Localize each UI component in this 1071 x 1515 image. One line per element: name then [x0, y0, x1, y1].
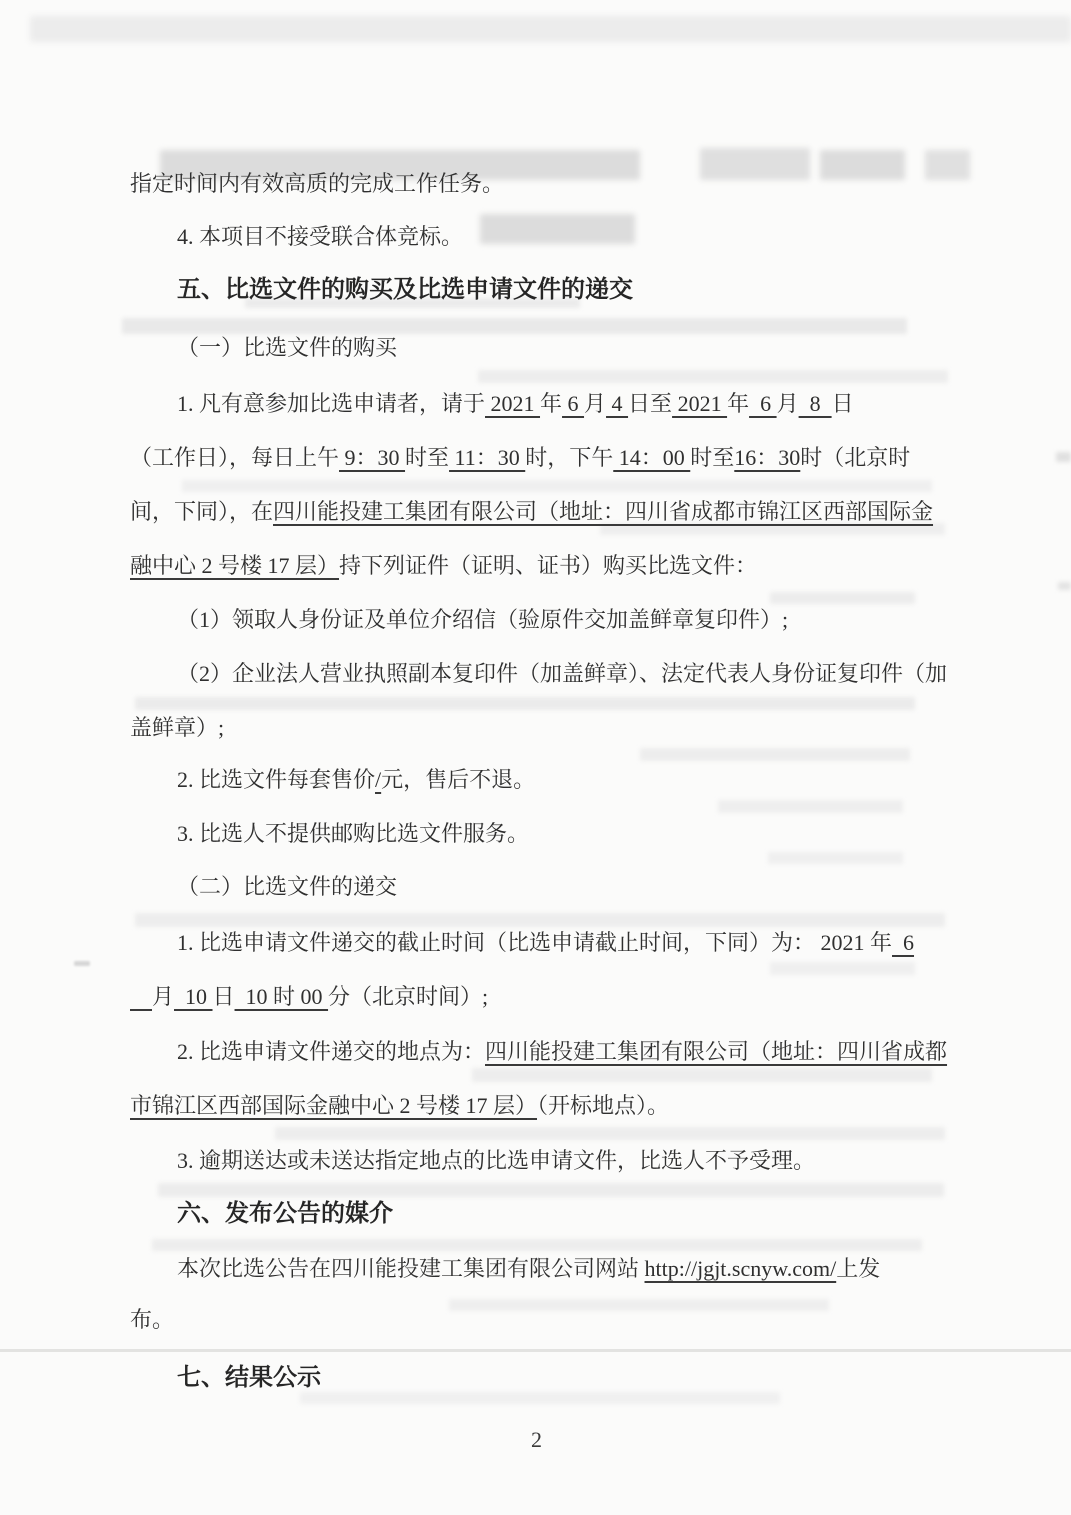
underlined-field: 16：30 [734, 445, 800, 470]
underlined-field: 8 [799, 391, 832, 416]
text-line: 盖鲜章）; [130, 713, 224, 743]
text-run: 4. 本项目不接受联合体竞标。 [177, 224, 463, 249]
bleed-through-title [925, 150, 970, 180]
text-line: 4. 本项目不接受联合体竞标。 [177, 222, 463, 252]
underlined-field: 2021 [485, 391, 540, 416]
bleed-through-row [135, 913, 945, 927]
text-line: （工作日），每日上午 9：30 时至 11：30 时，下午 14：00 时至16… [130, 443, 910, 473]
bleed-through-row [770, 962, 915, 975]
text-run: （2）企业法人营业执照副本复印件（加盖鲜章）、法定代表人身份证复印件（加 [177, 661, 947, 686]
subsection-heading-purchase: （一）比选文件的购买 [177, 333, 397, 363]
text-line: 2. 比选文件每套售价/元，售后不退。 [177, 765, 535, 795]
text-run: 3. 比选人不提供邮购比选文件服务。 [177, 821, 529, 846]
text-run: 元，售后不退。 [381, 767, 535, 792]
text-run: 时至 [405, 445, 449, 470]
bleed-through-row [449, 1299, 829, 1311]
bleed-through-title [820, 150, 905, 180]
scan-mark [1058, 582, 1071, 590]
underlined-field: 4 [606, 391, 628, 416]
bleed-through-row [478, 370, 948, 383]
underlined-company-address: 四川能投建工集团有限公司（地址：四川省成都 [485, 1039, 947, 1064]
text-line: 1. 比选申请文件递交的截止时间（比选申请截止时间，下同）为： 2021 年 6 [177, 928, 914, 958]
text-run: 日 [213, 984, 235, 1009]
text-run: 五、比选文件的购买及比选申请文件的递交 [177, 277, 633, 303]
text-line: 月 10 日 10 时 00 分（北京时间）; [130, 982, 488, 1012]
text-run: 分（北京时间）; [328, 984, 488, 1009]
bleed-through-subtitle [480, 214, 635, 244]
text-run: 日 [832, 391, 854, 416]
underlined-company-address: 融中心 2 号楼 17 层） [130, 553, 339, 578]
underlined-field: 10 [174, 984, 213, 1009]
underlined-field: 10 时 00 [235, 984, 329, 1009]
bleed-through-row [135, 697, 915, 710]
bleed-through-row [152, 1239, 922, 1251]
text-run: 本次比选公告在四川能投建工集团有限公司网站 [177, 1256, 645, 1281]
text-run: 年 [540, 391, 562, 416]
text-run: （开标地点）。 [537, 1093, 669, 1118]
text-line: （2）企业法人营业执照副本复印件（加盖鲜章）、法定代表人身份证复印件（加 [177, 659, 947, 689]
underlined-field [130, 984, 152, 1009]
underlined-field: 11：30 [449, 445, 525, 470]
text-run: 月 [584, 391, 606, 416]
text-run: （一）比选文件的购买 [177, 335, 397, 360]
bleed-through-row [122, 318, 907, 334]
text-run: （二）比选文件的递交 [177, 874, 397, 899]
underlined-field: 6 [562, 391, 584, 416]
bleed-through-row [300, 1392, 780, 1404]
bleed-through-row [768, 852, 903, 864]
underlined-field: 14：00 [613, 445, 690, 470]
underlined-field: 6 [749, 391, 777, 416]
text-run: 六、发布公告的媒介 [177, 1201, 393, 1227]
text-run: （工作日），每日上午 [130, 445, 339, 470]
document-page: 指定时间内有效高质的完成工作任务。 4. 本项目不接受联合体竞标。 五、比选文件… [0, 0, 1071, 1515]
text-run: （1）领取人身份证及单位介绍信（验原件交加盖鲜章复印件）; [177, 607, 788, 632]
text-line: 2. 比选申请文件递交的地点为：四川能投建工集团有限公司（地址：四川省成都 [177, 1037, 947, 1067]
text-line: 融中心 2 号楼 17 层）持下列证件（证明、证书）购买比选文件： [130, 551, 757, 581]
bleed-through-row [718, 800, 903, 813]
section-heading-media: 六、发布公告的媒介 [177, 1199, 393, 1229]
bleed-through-row [472, 1068, 932, 1082]
text-line: 市锦江区西部国际金融中心 2 号楼 17 层）（开标地点）。 [130, 1091, 669, 1121]
text-run: 持下列证件（证明、证书）购买比选文件： [339, 553, 757, 578]
section-heading-result: 七、结果公示 [177, 1363, 321, 1393]
text-line: 布。 [130, 1305, 174, 1335]
bleed-through-band [30, 16, 1071, 42]
text-run: 月 [152, 984, 174, 1009]
underlined-company-address: 四川能投建工集团有限公司（地址：四川省成都市锦江区西部国际金 [273, 499, 933, 524]
text-run: 日至 [628, 391, 672, 416]
website-url: http://jgjt.scnyw.com/ [645, 1256, 837, 1281]
text-line: 本次比选公告在四川能投建工集团有限公司网站 http://jgjt.scnyw.… [177, 1254, 880, 1284]
text-run: 时（北京时 [800, 445, 910, 470]
scan-line-artifact [0, 1349, 1071, 1352]
bleed-through-row [770, 592, 915, 604]
text-line: 1. 凡有意参加比选申请者，请于 2021 年 6 月 4 日至 2021 年 … [177, 389, 854, 419]
text-run: 盖鲜章）; [130, 715, 224, 740]
underlined-field: 2021 [672, 391, 727, 416]
text-line: 指定时间内有效高质的完成工作任务。 [130, 169, 504, 199]
text-run: 年 [727, 391, 749, 416]
text-run: 上发 [836, 1256, 880, 1281]
text-run: 布。 [130, 1307, 174, 1332]
text-run: 2. 比选申请文件递交的地点为： [177, 1039, 485, 1064]
text-run: 时至 [690, 445, 734, 470]
text-run: 1. 比选申请文件递交的截止时间（比选申请截止时间，下同）为： 2021 年 [177, 930, 892, 955]
underlined-field: 6 [892, 930, 914, 955]
bleed-through-row [275, 1127, 945, 1140]
text-run: 2. 比选文件每套售价 [177, 767, 375, 792]
text-run: 月 [777, 391, 799, 416]
bleed-through-row [182, 480, 932, 492]
text-run: 七、结果公示 [177, 1365, 321, 1391]
text-line: 3. 逾期送达或未送达指定地点的比选申请文件，比选人不予受理。 [177, 1146, 815, 1176]
page-number: 2 [531, 1427, 542, 1453]
section-heading-purchase-and-submission: 五、比选文件的购买及比选申请文件的递交 [177, 275, 633, 305]
bleed-through-row [158, 1183, 944, 1197]
bleed-through-title [700, 148, 810, 180]
bleed-through-row [640, 748, 910, 761]
underlined-company-address: 市锦江区西部国际金融中心 2 号楼 17 层） [130, 1093, 537, 1118]
text-run: 指定时间内有效高质的完成工作任务。 [130, 171, 504, 196]
text-run: 间，下同），在 [130, 499, 273, 524]
text-line: 间，下同），在四川能投建工集团有限公司（地址：四川省成都市锦江区西部国际金 [130, 497, 933, 527]
scan-mark [74, 961, 90, 966]
text-line: 3. 比选人不提供邮购比选文件服务。 [177, 819, 529, 849]
scan-mark [1056, 452, 1071, 462]
text-run: 3. 逾期送达或未送达指定地点的比选申请文件，比选人不予受理。 [177, 1148, 815, 1173]
text-run: 1. 凡有意参加比选申请者，请于 [177, 391, 485, 416]
text-line: （1）领取人身份证及单位介绍信（验原件交加盖鲜章复印件）; [177, 605, 788, 635]
underlined-field: 9：30 [339, 445, 405, 470]
subsection-heading-submission: （二）比选文件的递交 [177, 872, 397, 902]
text-run: 时，下午 [525, 445, 613, 470]
